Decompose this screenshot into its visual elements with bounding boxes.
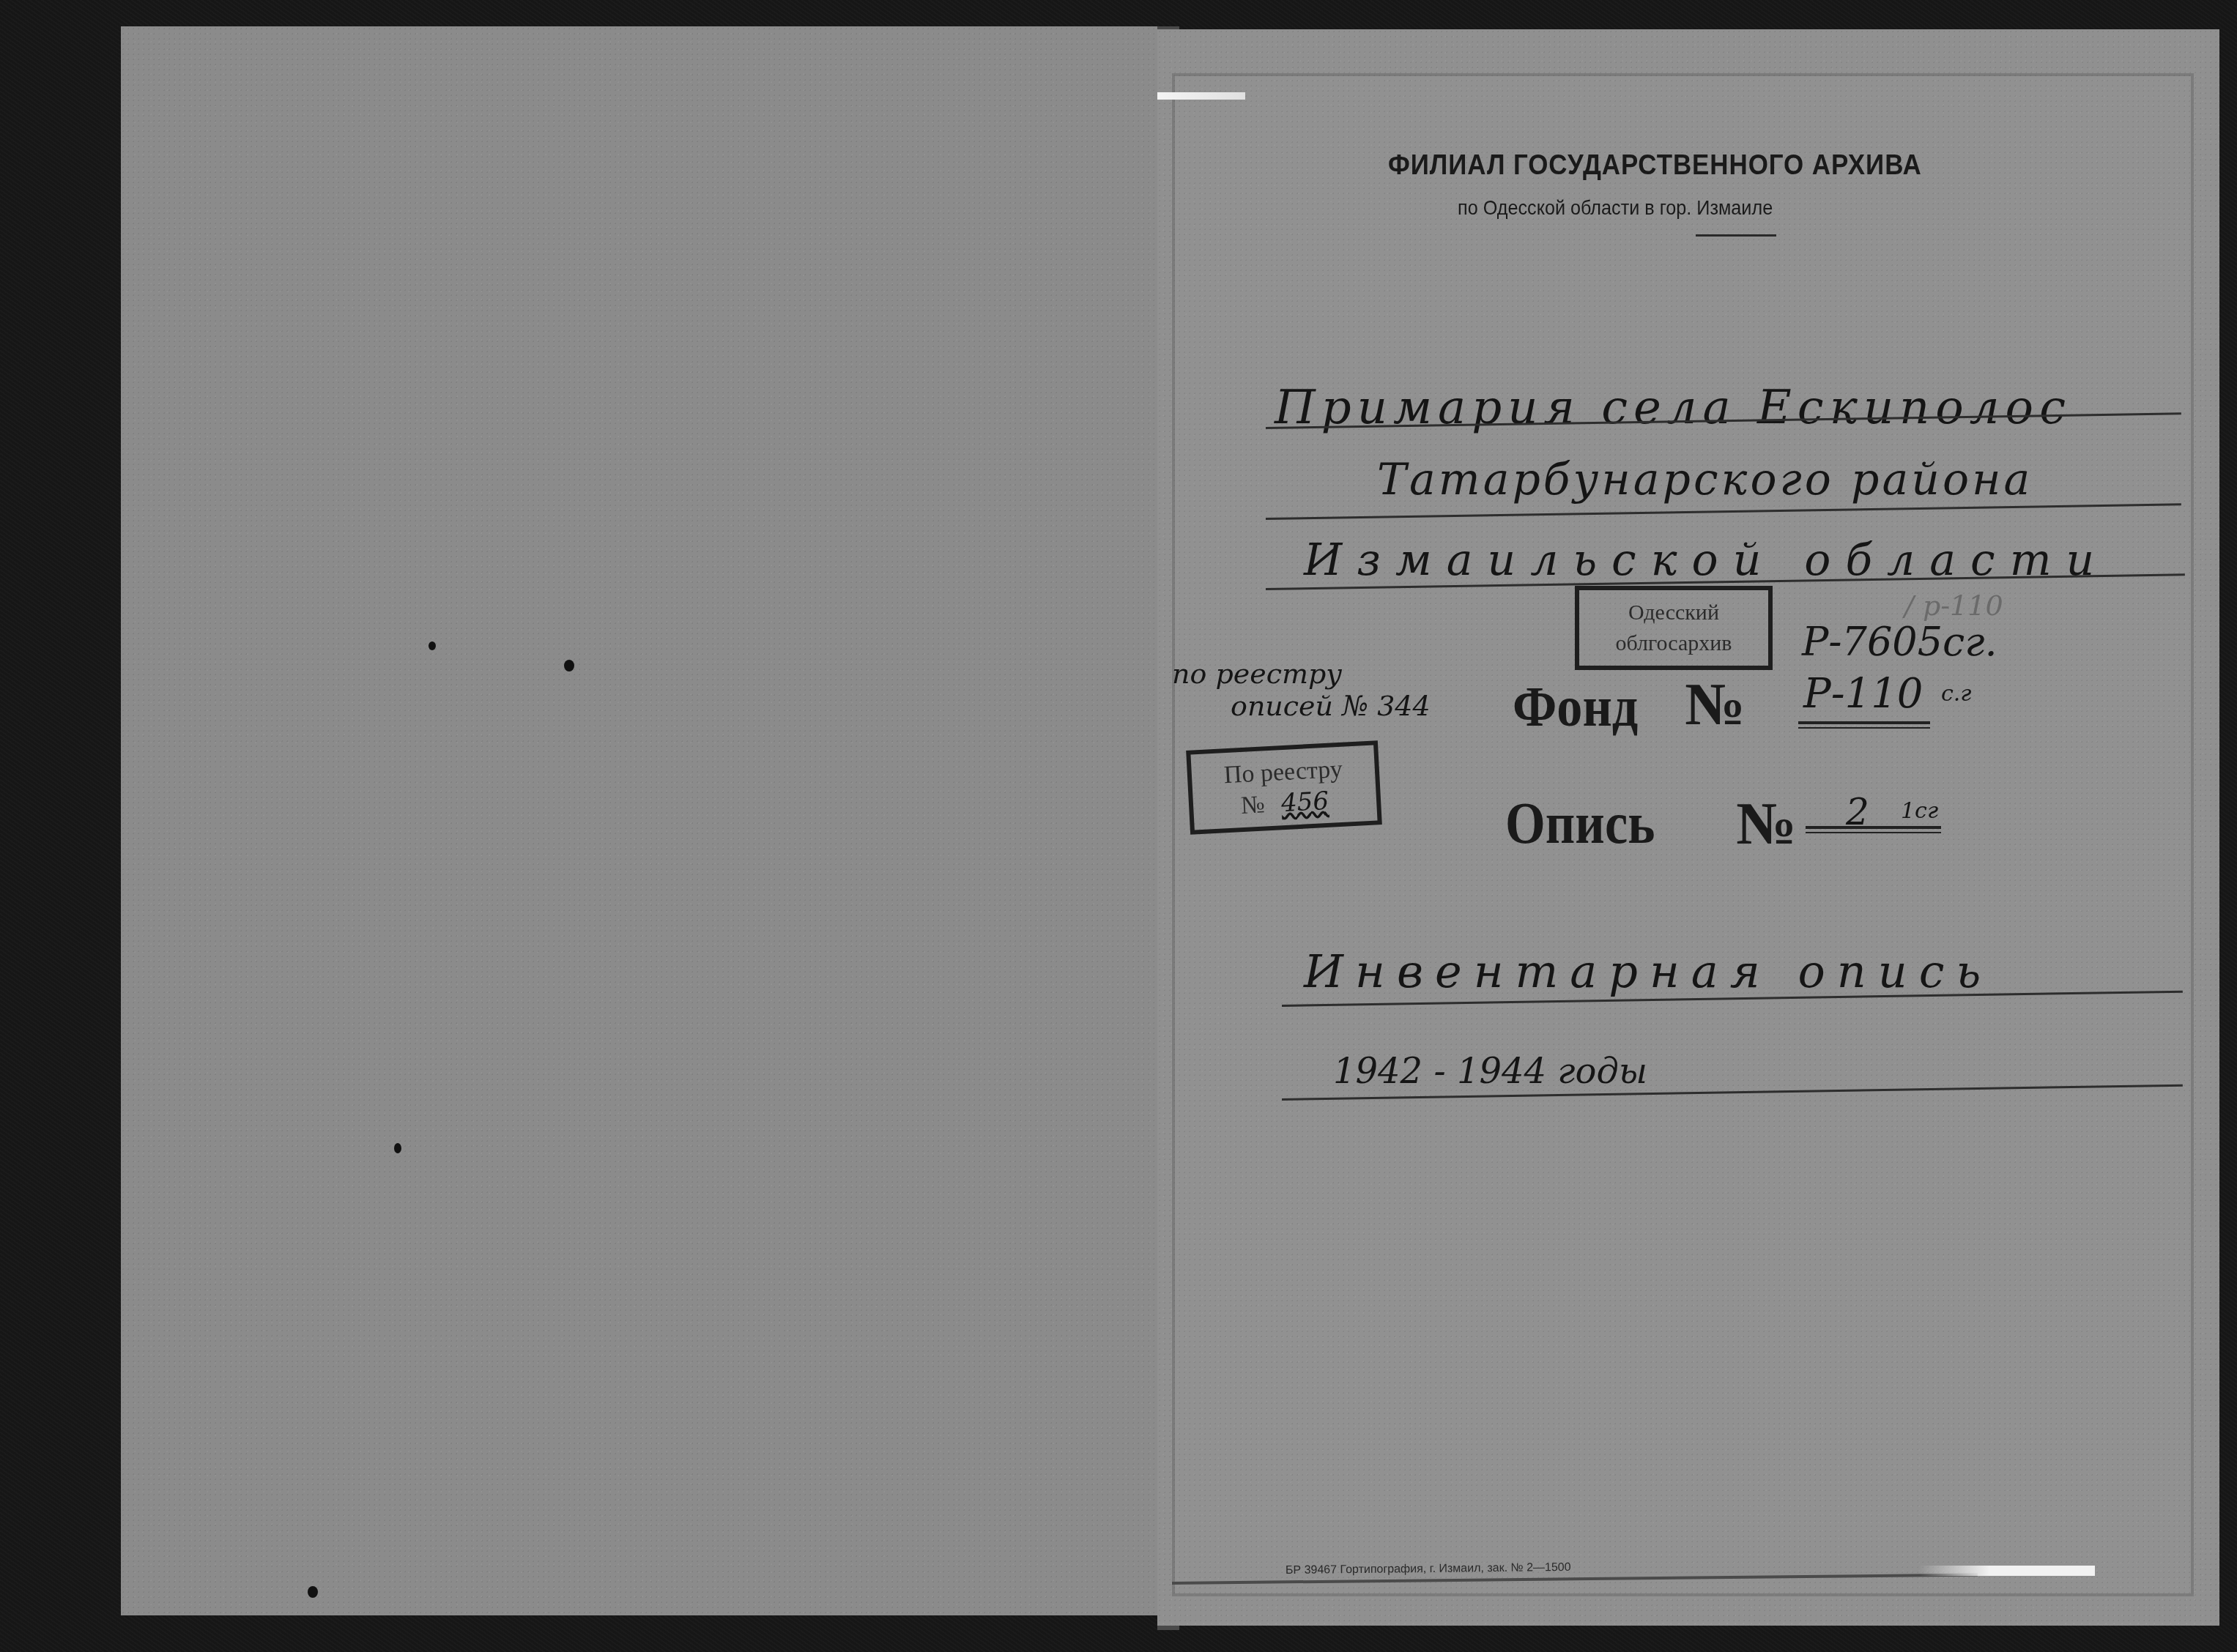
fund-number-symbol: №	[1685, 670, 1745, 739]
archive-stamp: Одесский облгосархив	[1575, 586, 1773, 670]
light-glare	[1919, 1566, 2095, 1576]
institution-line-2: Татарбунарского района	[1377, 454, 2033, 505]
registry-stamp: По реестру № 456	[1186, 740, 1382, 835]
inventory-underline	[1806, 826, 1941, 829]
archive-stamp-line-1: Одесский	[1579, 598, 1768, 628]
inventory-title: Инвентарная опись	[1304, 945, 1992, 998]
registry-number-value: 456	[1280, 786, 1329, 818]
left-inner-cover	[121, 26, 1161, 1615]
registry-number-symbol: №	[1240, 791, 1265, 819]
registry-note-line-2: описей № 344	[1231, 690, 1431, 722]
fund-number-value: Р-110	[1803, 670, 1923, 718]
pencil-note: / р-110	[1904, 589, 2003, 622]
inventory-years: 1942 - 1944 годы	[1333, 1051, 1647, 1092]
inventory-number-symbol: №	[1736, 789, 1796, 858]
right-cover-page	[1172, 73, 2194, 1596]
archive-header-title: ФИЛИАЛ ГОСУДАРСТВЕННОГО АРХИВА	[1388, 150, 1922, 182]
fund-number-suffix: с.г	[1941, 681, 1972, 707]
ink-spot	[564, 660, 574, 671]
inventory-underline	[1806, 832, 1941, 833]
header-divider	[1696, 234, 1776, 237]
ink-spot	[308, 1586, 318, 1598]
fund-underline	[1798, 721, 1930, 724]
inventory-label: Опись	[1505, 791, 1655, 857]
ink-spot	[394, 1143, 401, 1153]
registry-note-line-1: по реестру	[1172, 658, 1342, 690]
archive-header-subtitle: по Одесской области в гор. Измаиле	[1458, 196, 1773, 220]
archive-stamp-line-2: облгосархив	[1579, 628, 1768, 659]
fund-label: Фонд	[1513, 674, 1638, 740]
light-glare	[1157, 92, 1245, 100]
fund-alternate-number: Р-7605сг.	[1802, 619, 1997, 665]
fund-underline	[1798, 727, 1930, 729]
ink-spot	[429, 641, 436, 650]
inventory-number-suffix: 1сг	[1901, 798, 1938, 824]
